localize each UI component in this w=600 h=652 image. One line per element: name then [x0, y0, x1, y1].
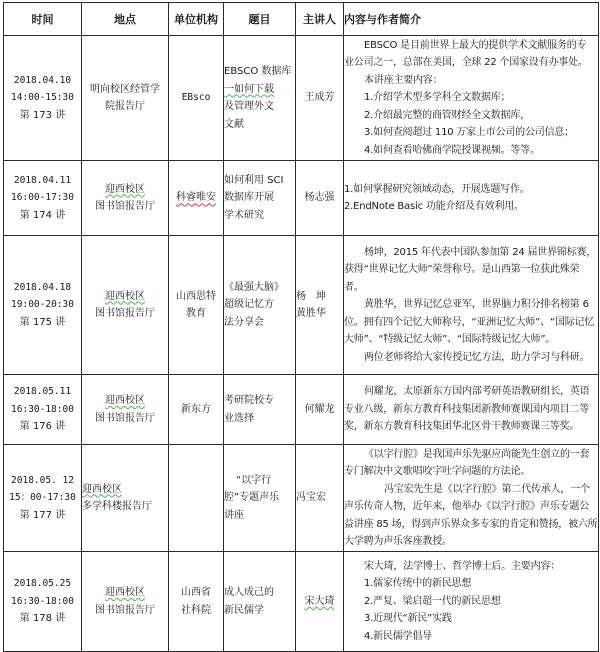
hours: 14:00-15:30	[4, 89, 81, 107]
table-row: 2018.05.11 16:30-18:00 第 176 讲 迎西校区 图书馆报…	[4, 375, 599, 445]
location-line: 多学科楼报告厅	[82, 498, 168, 516]
header-location: 地点	[82, 3, 169, 36]
content-line: 3.近现代“新民”实践	[344, 610, 598, 628]
date: 2018.04.10	[4, 72, 81, 90]
topic-cell: 如何利用 SCI 数据库开展 学术研究	[224, 161, 296, 236]
header-speaker: 主讲人	[296, 3, 344, 36]
content-paragraph: 黄胜华，世界记忆总亚军，世界脑力积分排名榜第 6 位。拥有四个记忆大师称号，“亚…	[344, 296, 598, 349]
topic-line: 数据库开展	[224, 189, 295, 207]
location-line: 迎西校区	[105, 395, 145, 406]
speaker-line: 黄胜华	[296, 305, 343, 323]
hours: 15：00-17:30	[4, 489, 81, 507]
topic-line: 新民儒学	[224, 602, 295, 620]
content-line: 2.介绍最完整的商管财经全文数据库，	[344, 107, 598, 125]
topic-cell: EBSCO 数据库 一如何下载 及管理外文 文献	[224, 36, 296, 161]
content-cell: 何耀龙，太原新东方国内部考研英语教研组长，英语专业八级，新东方教育科技集团新教师…	[344, 375, 599, 445]
content-cell: 杨坤，2015 年代表中国队参加第 24 届世界锦标赛，获得“世界记忆大师”荣誉…	[344, 236, 599, 375]
header-topic: 题目	[224, 3, 296, 36]
lecture-schedule-table: 时间 地点 单位机构 题目 主讲人 内容与作者简介 2018.04.10 14:…	[3, 2, 599, 652]
topic-line: 超级记忆方	[224, 296, 295, 314]
topic-cell: 成人成己的 新民儒学	[224, 552, 296, 652]
time-cell: 2018.05.25 16:30-18:00 第 178 讲	[4, 552, 82, 652]
location-line: 迎西校区	[105, 291, 145, 302]
topic-line: 法分享会	[224, 314, 295, 332]
topic-line: 学术研究	[224, 207, 295, 225]
header-row: 时间 地点 单位机构 题目 主讲人 内容与作者简介	[4, 3, 599, 36]
speaker-cell: 宋大琦	[296, 552, 344, 652]
content-line: 宋大琦，法学博士、哲学博士后。主要内容：	[344, 558, 598, 576]
content-line: 本讲座主要内容：	[344, 72, 598, 90]
content-line: 业公司之一，总部在美国，全球 22 个国家设有办事处。	[344, 54, 598, 72]
date: 2018.05.11	[4, 383, 81, 401]
location-cell: 迎西校区 图书馆报告厅	[82, 552, 169, 652]
org-line: 山西省	[169, 584, 223, 602]
content-paragraph: 何耀龙，太原新东方国内部考研英语教研组长，英语专业八级，新东方教育科技集团新教师…	[344, 383, 598, 436]
location-cell: 明向校区经管学 院报告厅	[82, 36, 169, 161]
location-line: 迎西校区	[82, 484, 122, 495]
content-paragraph: 两位老师将给大家传授记忆方法，助力学习与科研。	[344, 349, 598, 367]
location-line: 图书馆报告厅	[82, 410, 168, 428]
date: 2018.04.18	[4, 279, 81, 297]
content-line: 3.如何查阅超过 110 万家上市公司的公司信息；	[344, 124, 598, 142]
content-line: 1.儒家传统中的新民思想	[344, 575, 598, 593]
topic-cell: “以字行 腔”专题声乐 讲座	[224, 445, 296, 552]
org-line: 社科院	[169, 602, 223, 620]
org-cell: 新东方	[169, 375, 224, 445]
content-line: 4.如何查看哈佛商学院授课视频。等等。	[344, 142, 598, 160]
location-cell: 迎西校区 图书馆报告厅	[82, 375, 169, 445]
topic-line: 讲座	[224, 507, 295, 525]
org-line: 教育	[169, 305, 223, 323]
topic-line: “以字行	[224, 472, 295, 490]
lecture-number: 第 176 讲	[4, 418, 81, 436]
org-cell: EBsco	[169, 36, 224, 161]
topic-line: 如何利用 SCI	[224, 172, 295, 190]
topic-line: 考研院校专	[224, 392, 295, 410]
location-cell: 迎西校区 多学科楼报告厅	[82, 445, 169, 552]
content-line: 2.严复、梁启超一代的新民思想	[344, 593, 598, 611]
topic-line: 成人成己的	[224, 584, 295, 602]
topic-cell: 考研院校专 业选择	[224, 375, 296, 445]
header-time: 时间	[4, 3, 82, 36]
lecture-number: 第 178 讲	[4, 610, 81, 628]
location-line: 院报告厅	[82, 98, 168, 116]
org-cell: 科睿唯安	[169, 161, 224, 236]
org-name: 科睿唯安	[176, 192, 216, 203]
speaker-cell: 冯宝宏	[296, 445, 344, 552]
hours: 16:30-18:00	[4, 401, 81, 419]
location-cell: 迎西校区 图书馆报告厅	[82, 236, 169, 375]
topic-line: 一如何下载	[224, 81, 295, 99]
topic-line: 文献	[224, 116, 295, 134]
topic-line: 及管理外文	[224, 98, 295, 116]
content-line: 4.新民儒学倡导	[344, 628, 598, 646]
time-cell: 2018.05.11 16:30-18:00 第 176 讲	[4, 375, 82, 445]
content-line: EBSCO 是目前世界上最大的提供学术文献服务的专	[344, 37, 598, 55]
location-line: 图书馆报告厅	[82, 305, 168, 323]
location-cell: 迎西校区 图书馆报告厅	[82, 161, 169, 236]
content-line: 1.如何掌握研究领域动态，开展选题写作。	[344, 181, 598, 199]
speaker-line: 杨坤	[296, 288, 343, 306]
time-cell: 2018.04.18 19:00-20:30 第 175 讲	[4, 236, 82, 375]
content-paragraph: 冯宝宏先生是《以字行腔》第二代传承人，一个声乐传奇人物，近年来，他举办《以字行腔…	[344, 481, 598, 551]
org-line: 山西思特	[169, 288, 223, 306]
hours: 19:00-20:30	[4, 296, 81, 314]
content-line: 1.介绍学术型多学科全文数据库；	[344, 89, 598, 107]
location-line: 图书馆报告厅	[82, 198, 168, 216]
content-cell: 1.如何掌握研究领域动态，开展选题写作。 2.EndNote Basic 功能介…	[344, 161, 599, 236]
topic-cell: 《最强大脑》 超级记忆方 法分享会	[224, 236, 296, 375]
time-cell: 2018.05. 12 15：00-17:30 第 177 讲	[4, 445, 82, 552]
lecture-number: 第 175 讲	[4, 314, 81, 332]
location-line: 迎西校区	[105, 184, 145, 195]
speaker-cell: 王成芳	[296, 36, 344, 161]
org-cell	[169, 445, 224, 552]
speaker-name: 宋大琦	[305, 596, 335, 607]
lecture-number: 第 177 讲	[4, 507, 81, 525]
table-row: 2018.04.11 16:00-17:30 第 174 讲 迎西校区 图书馆报…	[4, 161, 599, 236]
date: 2018.05.25	[4, 575, 81, 593]
content-cell: EBSCO 是目前世界上最大的提供学术文献服务的专 业公司之一，总部在美国，全球…	[344, 36, 599, 161]
table-row: 2018.05. 12 15：00-17:30 第 177 讲 迎西校区 多学科…	[4, 445, 599, 552]
content-paragraph: 杨坤，2015 年代表中国队参加第 24 届世界锦标赛，获得“世界记忆大师”荣誉…	[344, 244, 598, 297]
content-cell: 《以字行腔》是我国声乐先驱应尚能先生创立的一套专门解决中文歌唱咬字吐字问题的方法…	[344, 445, 599, 552]
date: 2018.05. 12	[4, 472, 81, 490]
speaker-cell: 杨坤 黄胜华	[296, 236, 344, 375]
org-cell: 山西思特 教育	[169, 236, 224, 375]
time-cell: 2018.04.11 16:00-17:30 第 174 讲	[4, 161, 82, 236]
location-line: 图书馆报告厅	[82, 602, 168, 620]
header-org: 单位机构	[169, 3, 224, 36]
location-line: 迎西校区	[105, 587, 145, 598]
topic-line: EBSCO 数据库	[224, 63, 295, 81]
content-line: 2.EndNote Basic 功能介绍及有效利用。	[344, 198, 598, 216]
lecture-number: 第 173 讲	[4, 107, 81, 125]
topic-line: 《最强大脑》	[224, 279, 295, 297]
table-row: 2018.05.25 16:30-18:00 第 178 讲 迎西校区 图书馆报…	[4, 552, 599, 652]
content-cell: 宋大琦，法学博士、哲学博士后。主要内容： 1.儒家传统中的新民思想 2.严复、梁…	[344, 552, 599, 652]
hours: 16:30-18:00	[4, 593, 81, 611]
topic-line: 业选择	[224, 410, 295, 428]
time-cell: 2018.04.10 14:00-15:30 第 173 讲	[4, 36, 82, 161]
hours: 16:00-17:30	[4, 189, 81, 207]
table-row: 2018.04.10 14:00-15:30 第 173 讲 明向校区经管学 院…	[4, 36, 599, 161]
speaker-cell: 杨志强	[296, 161, 344, 236]
content-paragraph: 《以字行腔》是我国声乐先驱应尚能先生创立的一套专门解决中文歌唱咬字吐字问题的方法…	[344, 446, 598, 481]
location-line: 明向校区经管学	[82, 81, 168, 99]
lecture-number: 第 174 讲	[4, 207, 81, 225]
topic-line: 腔”专题声乐	[224, 489, 295, 507]
speaker-cell: 何耀龙	[296, 375, 344, 445]
date: 2018.04.11	[4, 172, 81, 190]
table-row: 2018.04.18 19:00-20:30 第 175 讲 迎西校区 图书馆报…	[4, 236, 599, 375]
org-cell: 山西省 社科院	[169, 552, 224, 652]
header-content: 内容与作者简介	[344, 3, 599, 36]
